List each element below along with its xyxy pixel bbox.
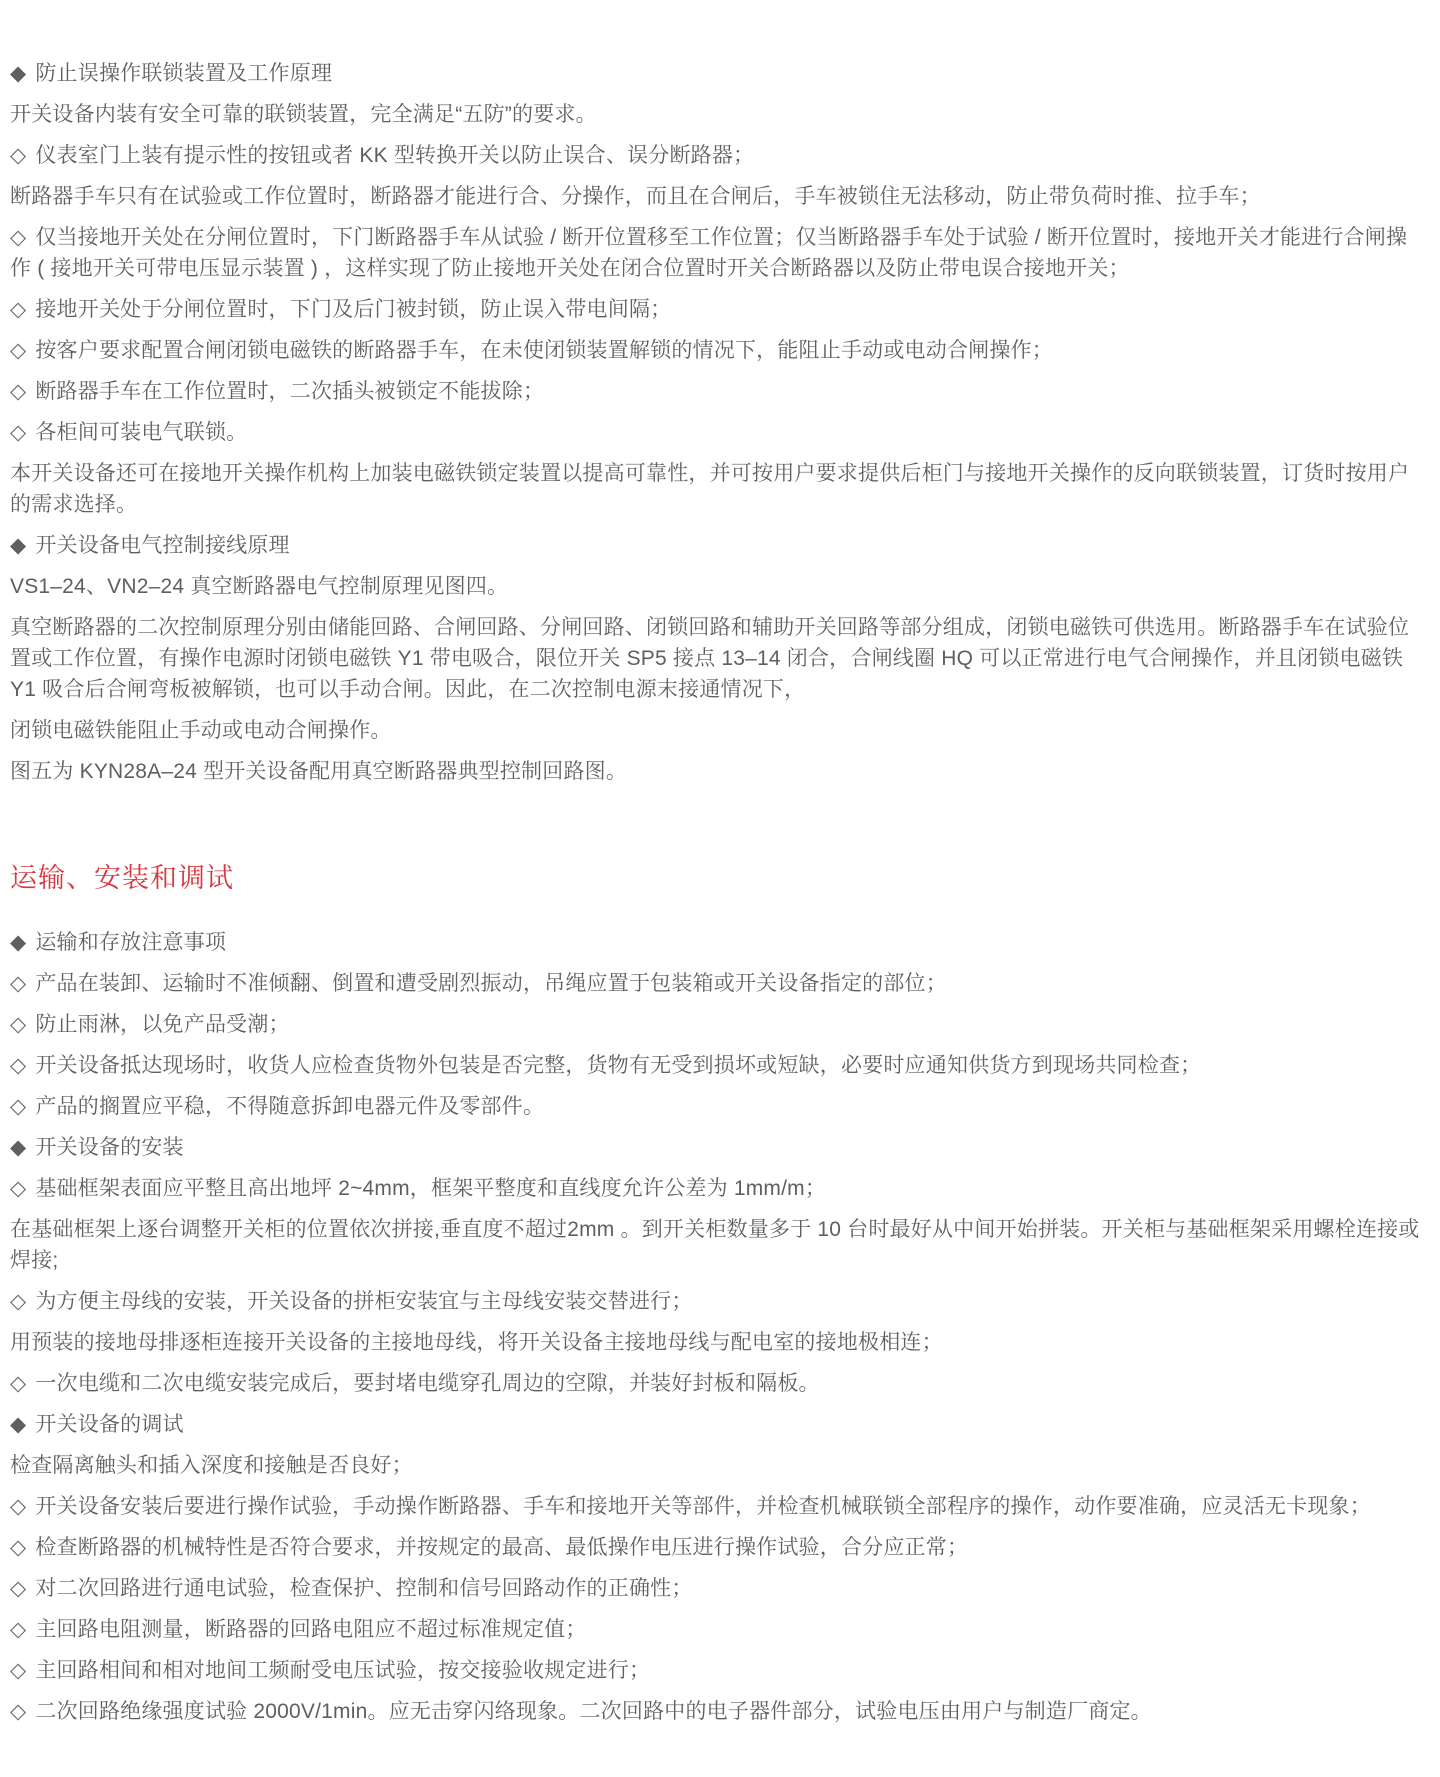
- paragraph-text: 开关设备安装后要进行操作试验，手动操作断路器、手车和接地开关等部件，并检查机械联…: [35, 1495, 1371, 1518]
- bullet-item: ◇主回路相间和相对地间工频耐受电压试验，按交接验收规定进行；: [10, 1655, 1426, 1686]
- paragraph-text: 主回路电阻测量，断路器的回路电阻应不超过标准规定值；: [35, 1618, 586, 1641]
- document-page: ◆防止误操作联锁装置及工作原理开关设备内装有安全可靠的联锁装置，完全满足“五防”…: [0, 0, 1440, 1777]
- paragraph-text: 开关设备的调试: [35, 1413, 183, 1436]
- body-paragraph: 检查隔离触头和插入深度和接触是否良好；: [10, 1450, 1426, 1481]
- paragraph-text: 各柜间可装电气联锁。: [35, 421, 247, 444]
- paragraph-text: 防止误操作联锁装置及工作原理: [35, 62, 332, 85]
- filled-diamond-icon: ◆: [10, 1132, 26, 1163]
- paragraph-text: VS1–24、VN2–24 真空断路器电气控制原理见图四。: [10, 575, 508, 598]
- paragraph-text: 在基础框架上逐台调整开关柜的位置依次拼接,垂直度不超过2mm 。到开关柜数量多于…: [10, 1218, 1420, 1272]
- paragraph-text: 开关设备抵达现场时，收货人应检查货物外包装是否完整，货物有无受到损坏或短缺，必要…: [35, 1054, 1201, 1077]
- paragraph-text: 本开关设备还可在接地开关操作机构上加装电磁铁锁定装置以提高可靠性，并可按用户要求…: [10, 462, 1409, 516]
- paragraph-text: 闭锁电磁铁能阻止手动或电动合闸操作。: [10, 719, 392, 742]
- bullet-item: ◇二次回路绝缘强度试验 2000V/1min。应无击穿闪络现象。二次回路中的电子…: [10, 1696, 1426, 1727]
- paragraph-text: 主回路相间和相对地间工频耐受电压试验，按交接验收规定进行；: [35, 1659, 650, 1682]
- paragraph-text: 断路器手车在工作位置时，二次插头被锁定不能拔除；: [35, 380, 544, 403]
- open-diamond-icon: ◇: [10, 417, 26, 448]
- interlock-paragraph-list: ◆防止误操作联锁装置及工作原理开关设备内装有安全可靠的联锁装置，完全满足“五防”…: [10, 58, 1426, 787]
- bullet-item: ◇为方便主母线的安装，开关设备的拼柜安装宜与主母线安装交替进行；: [10, 1286, 1426, 1317]
- bullet-item: ◇开关设备抵达现场时，收货人应检查货物外包装是否完整，货物有无受到损坏或短缺，必…: [10, 1050, 1426, 1081]
- open-diamond-icon: ◇: [10, 294, 26, 325]
- bullet-item: ◇对二次回路进行通电试验，检查保护、控制和信号回路动作的正确性；: [10, 1573, 1426, 1604]
- open-diamond-icon: ◇: [10, 335, 26, 366]
- open-diamond-icon: ◇: [10, 1286, 26, 1317]
- open-diamond-icon: ◇: [10, 1696, 26, 1727]
- paragraph-text: 图五为 KYN28A–24 型开关设备配用真空断路器典型控制回路图。: [10, 760, 627, 783]
- open-diamond-icon: ◇: [10, 1614, 26, 1645]
- topic-heading: ◆防止误操作联锁装置及工作原理: [10, 58, 1426, 89]
- paragraph-text: 开关设备电气控制接线原理: [35, 534, 289, 557]
- bullet-item: ◇仅当接地开关处在分闸位置时，下门断路器手车从试验 / 断开位置移至工作位置；仅…: [10, 222, 1426, 284]
- paragraph-text: 按客户要求配置合闸闭锁电磁铁的断路器手车，在未使闭锁装置解锁的情况下，能阻止手动…: [35, 339, 1053, 362]
- topic-heading: ◆开关设备的安装: [10, 1132, 1426, 1163]
- bullet-item: ◇一次电缆和二次电缆安装完成后，要封堵电缆穿孔周边的空隙，并装好封板和隔板。: [10, 1368, 1426, 1399]
- body-paragraph: 本开关设备还可在接地开关操作机构上加装电磁铁锁定装置以提高可靠性，并可按用户要求…: [10, 458, 1426, 520]
- body-paragraph: 开关设备内装有安全可靠的联锁装置，完全满足“五防”的要求。: [10, 99, 1426, 130]
- open-diamond-icon: ◇: [10, 222, 26, 253]
- section-title-transport: 运输、安装和调试: [10, 863, 1426, 893]
- open-diamond-icon: ◇: [10, 1050, 26, 1081]
- filled-diamond-icon: ◆: [10, 927, 26, 958]
- body-paragraph: 真空断路器的二次控制原理分别由储能回路、合闸回路、分闸回路、闭锁回路和辅助开关回…: [10, 612, 1426, 705]
- paragraph-text: 检查隔离触头和插入深度和接触是否良好；: [10, 1454, 413, 1477]
- paragraph-text: 防止雨淋，以免产品受潮；: [35, 1013, 289, 1036]
- paragraph-text: 开关设备的安装: [35, 1136, 183, 1159]
- transport-paragraph-list: ◆运输和存放注意事项◇产品在装卸、运输时不准倾翻、倒置和遭受剧烈振动，吊绳应置于…: [10, 927, 1426, 1727]
- open-diamond-icon: ◇: [10, 1655, 26, 1686]
- body-paragraph: 用预装的接地母排逐柜连接开关设备的主接地母线，将开关设备主接地母线与配电室的接地…: [10, 1327, 1426, 1358]
- filled-diamond-icon: ◆: [10, 58, 26, 89]
- open-diamond-icon: ◇: [10, 1368, 26, 1399]
- bullet-item: ◇开关设备安装后要进行操作试验，手动操作断路器、手车和接地开关等部件，并检查机械…: [10, 1491, 1426, 1522]
- bullet-item: ◇各柜间可装电气联锁。: [10, 417, 1426, 448]
- open-diamond-icon: ◇: [10, 1091, 26, 1122]
- filled-diamond-icon: ◆: [10, 530, 26, 561]
- bullet-item: ◇产品的搁置应平稳，不得随意拆卸电器元件及零部件。: [10, 1091, 1426, 1122]
- open-diamond-icon: ◇: [10, 1573, 26, 1604]
- paragraph-text: 断路器手车只有在试验或工作位置时，断路器才能进行合、分操作，而且在合闸后，手车被…: [10, 185, 1261, 208]
- paragraph-text: 检查断路器的机械特性是否符合要求，并按规定的最高、最低操作电压进行操作试验，合分…: [35, 1536, 968, 1559]
- bullet-item: ◇检查断路器的机械特性是否符合要求，并按规定的最高、最低操作电压进行操作试验，合…: [10, 1532, 1426, 1563]
- body-paragraph: 闭锁电磁铁能阻止手动或电动合闸操作。: [10, 715, 1426, 746]
- bullet-item: ◇主回路电阻测量，断路器的回路电阻应不超过标准规定值；: [10, 1614, 1426, 1645]
- open-diamond-icon: ◇: [10, 1491, 26, 1522]
- bullet-item: ◇接地开关处于分闸位置时，下门及后门被封锁，防止误入带电间隔；: [10, 294, 1426, 325]
- body-paragraph: VS1–24、VN2–24 真空断路器电气控制原理见图四。: [10, 571, 1426, 602]
- bullet-item: ◇仪表室门上装有提示性的按钮或者 KK 型转换开关以防止误合、误分断路器；: [10, 140, 1426, 171]
- open-diamond-icon: ◇: [10, 1173, 26, 1204]
- paragraph-text: 对二次回路进行通电试验，检查保护、控制和信号回路动作的正确性；: [35, 1577, 692, 1600]
- paragraph-text: 仪表室门上装有提示性的按钮或者 KK 型转换开关以防止误合、误分断路器；: [35, 144, 754, 167]
- topic-heading: ◆开关设备电气控制接线原理: [10, 530, 1426, 561]
- paragraph-text: 开关设备内装有安全可靠的联锁装置，完全满足“五防”的要求。: [10, 103, 597, 126]
- open-diamond-icon: ◇: [10, 140, 26, 171]
- open-diamond-icon: ◇: [10, 1532, 26, 1563]
- paragraph-text: 基础框架表面应平整且高出地坪 2~4mm，框架平整度和直线度允许公差为 1mm/…: [35, 1177, 826, 1200]
- filled-diamond-icon: ◆: [10, 1409, 26, 1440]
- paragraph-text: 产品在装卸、运输时不准倾翻、倒置和遭受剧烈振动，吊绳应置于包装箱或开关设备指定的…: [35, 972, 947, 995]
- paragraph-text: 接地开关处于分闸位置时，下门及后门被封锁，防止误入带电间隔；: [35, 298, 671, 321]
- paragraph-text: 为方便主母线的安装，开关设备的拼柜安装宜与主母线安装交替进行；: [35, 1290, 692, 1313]
- body-paragraph: 断路器手车只有在试验或工作位置时，断路器才能进行合、分操作，而且在合闸后，手车被…: [10, 181, 1426, 212]
- bullet-item: ◇按客户要求配置合闸闭锁电磁铁的断路器手车，在未使闭锁装置解锁的情况下，能阻止手…: [10, 335, 1426, 366]
- bullet-item: ◇基础框架表面应平整且高出地坪 2~4mm，框架平整度和直线度允许公差为 1mm…: [10, 1173, 1426, 1204]
- body-paragraph: 图五为 KYN28A–24 型开关设备配用真空断路器典型控制回路图。: [10, 756, 1426, 787]
- bullet-item: ◇断路器手车在工作位置时，二次插头被锁定不能拔除；: [10, 376, 1426, 407]
- paragraph-text: 仅当接地开关处在分闸位置时，下门断路器手车从试验 / 断开位置移至工作位置；仅当…: [10, 226, 1407, 280]
- paragraph-text: 真空断路器的二次控制原理分别由储能回路、合闸回路、分闸回路、闭锁回路和辅助开关回…: [10, 616, 1409, 701]
- paragraph-text: 产品的搁置应平稳，不得随意拆卸电器元件及零部件。: [35, 1095, 544, 1118]
- bullet-item: ◇防止雨淋，以免产品受潮；: [10, 1009, 1426, 1040]
- open-diamond-icon: ◇: [10, 968, 26, 999]
- paragraph-text: 运输和存放注意事项: [35, 931, 226, 954]
- topic-heading: ◆运输和存放注意事项: [10, 927, 1426, 958]
- section-transport-install-debug: 运输、安装和调试 ◆运输和存放注意事项◇产品在装卸、运输时不准倾翻、倒置和遭受剧…: [10, 863, 1426, 1727]
- body-paragraph: 在基础框架上逐台调整开关柜的位置依次拼接,垂直度不超过2mm 。到开关柜数量多于…: [10, 1214, 1426, 1276]
- paragraph-text: 用预装的接地母排逐柜连接开关设备的主接地母线，将开关设备主接地母线与配电室的接地…: [10, 1331, 943, 1354]
- section-interlock-principles: ◆防止误操作联锁装置及工作原理开关设备内装有安全可靠的联锁装置，完全满足“五防”…: [10, 58, 1426, 787]
- topic-heading: ◆开关设备的调试: [10, 1409, 1426, 1440]
- bullet-item: ◇产品在装卸、运输时不准倾翻、倒置和遭受剧烈振动，吊绳应置于包装箱或开关设备指定…: [10, 968, 1426, 999]
- open-diamond-icon: ◇: [10, 376, 26, 407]
- open-diamond-icon: ◇: [10, 1009, 26, 1040]
- paragraph-text: 一次电缆和二次电缆安装完成后，要封堵电缆穿孔周边的空隙，并装好封板和隔板。: [35, 1372, 819, 1395]
- paragraph-text: 二次回路绝缘强度试验 2000V/1min。应无击穿闪络现象。二次回路中的电子器…: [35, 1700, 1152, 1723]
